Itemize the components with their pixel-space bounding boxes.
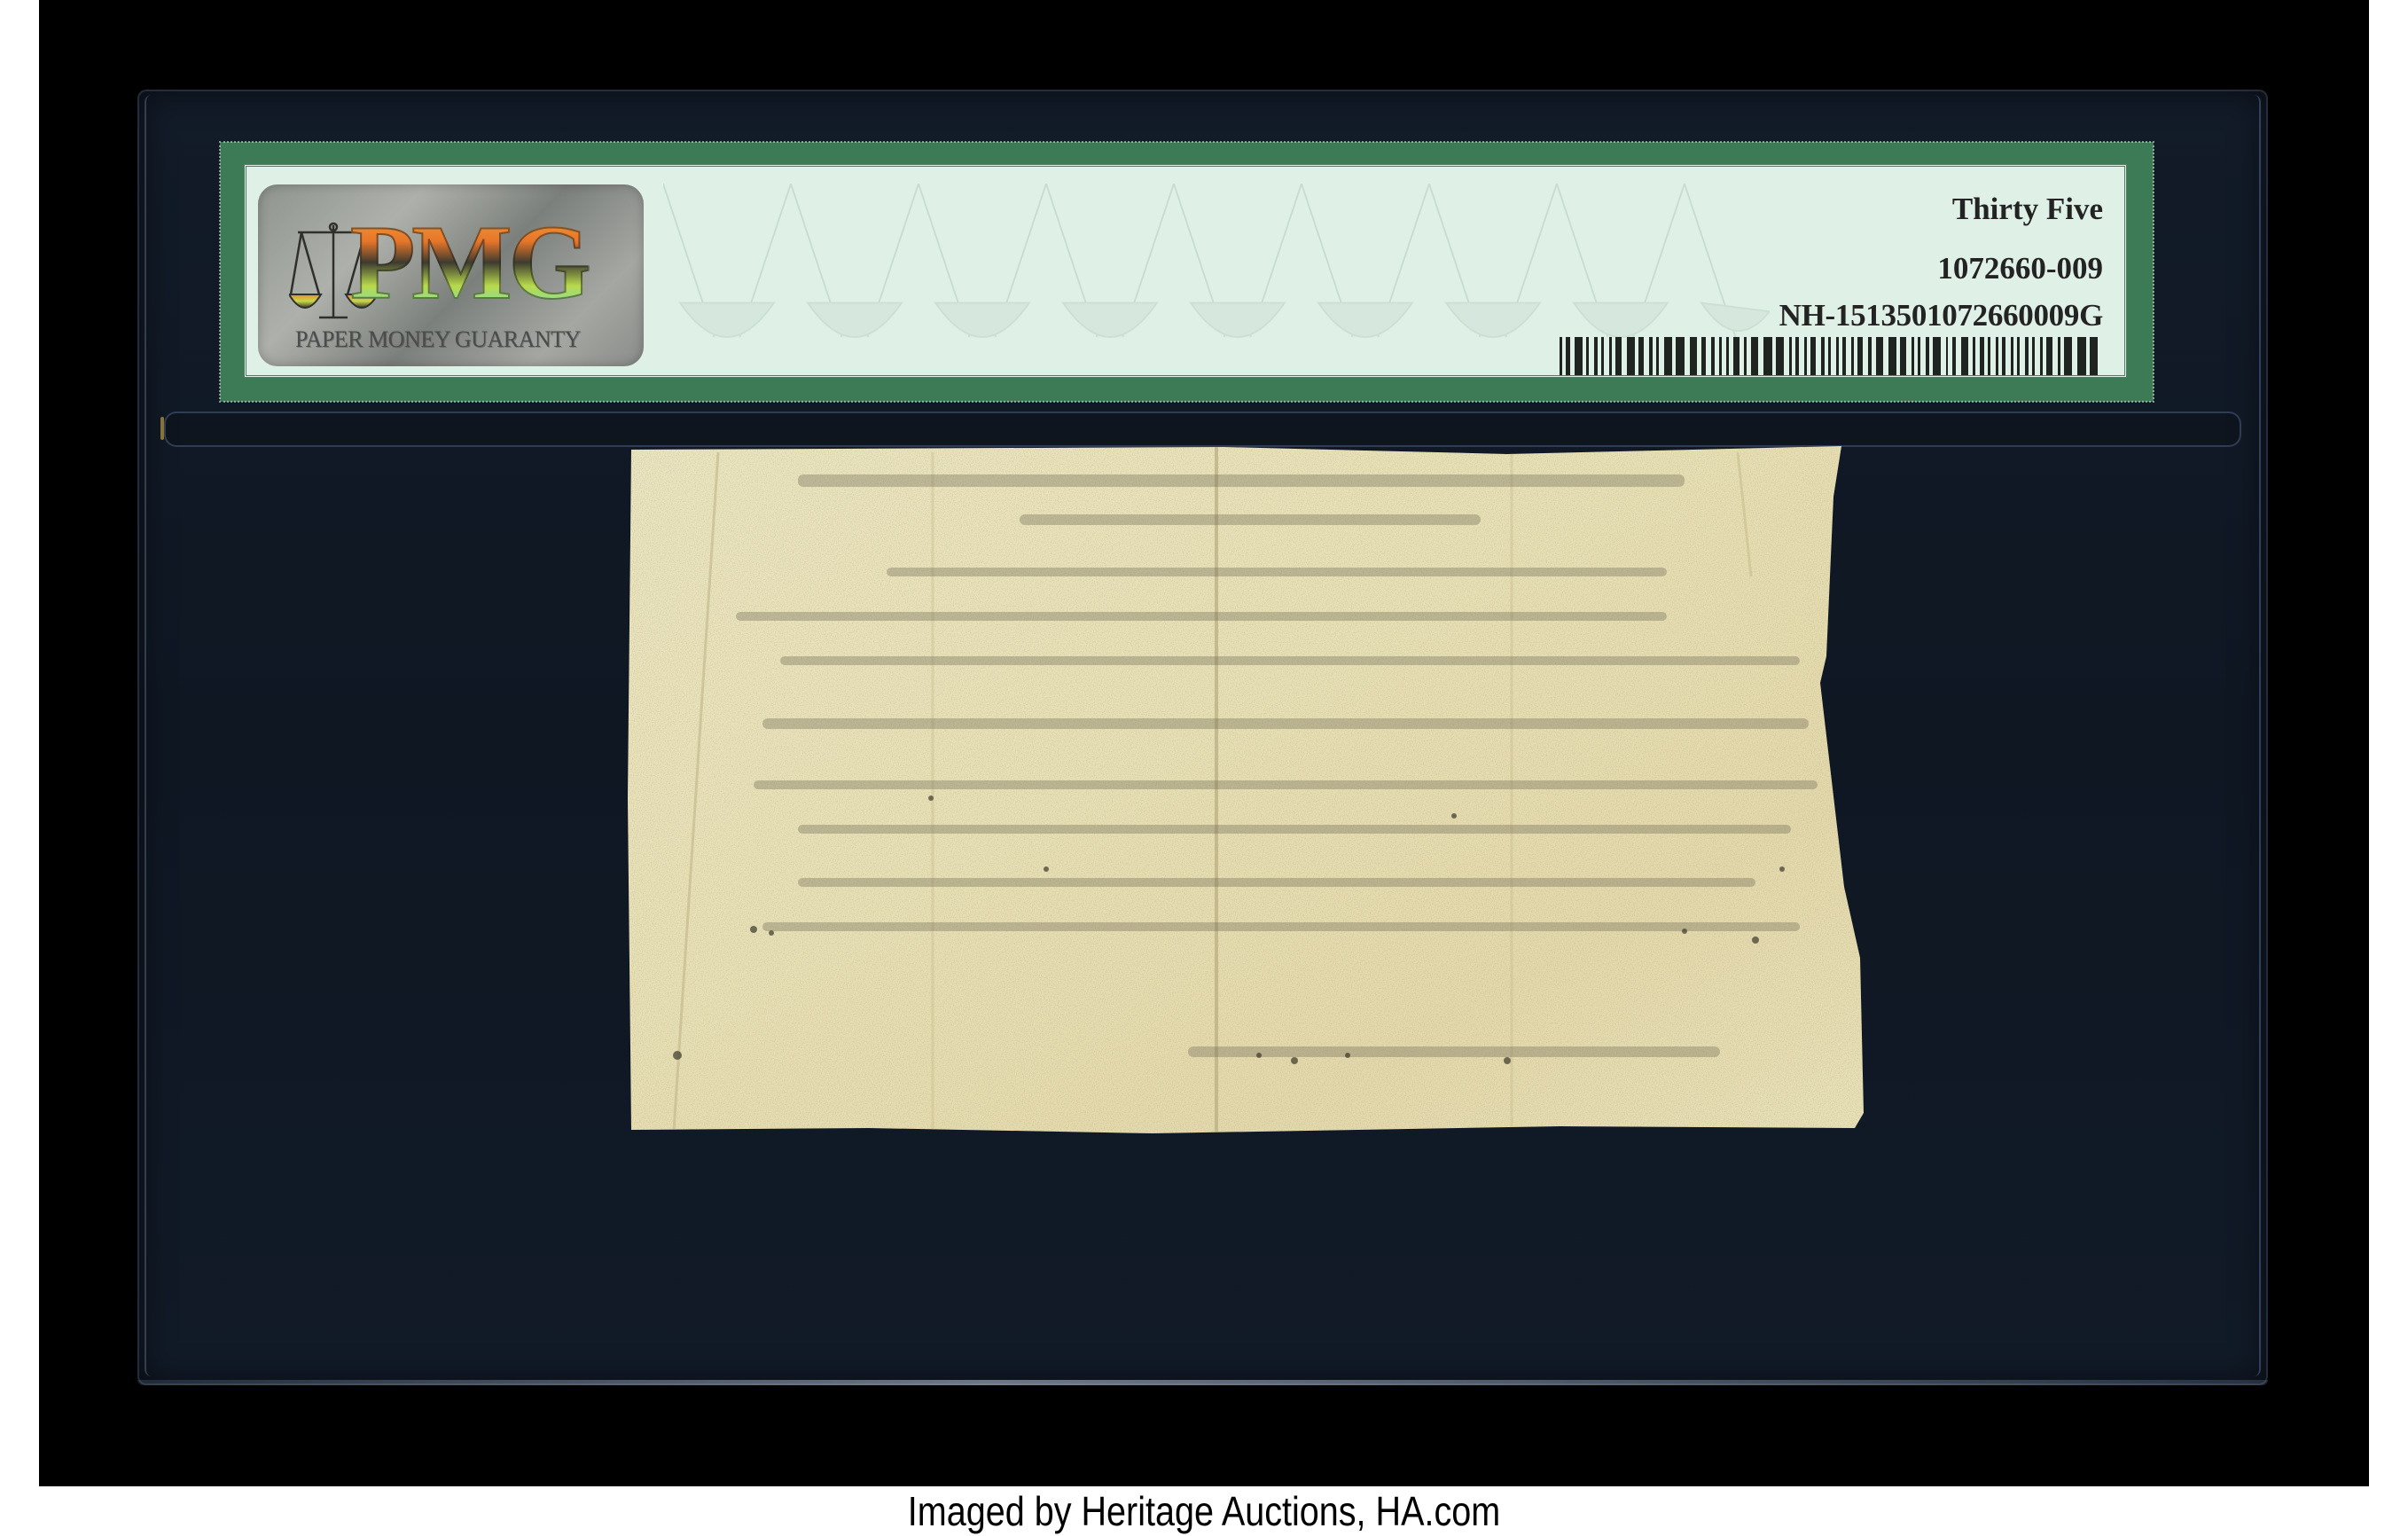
barcode-bar (1586, 337, 1589, 375)
barcode-bar (1609, 337, 1612, 375)
barcode-bar (1719, 337, 1722, 375)
barcode-bar (1952, 337, 1956, 375)
barcode-bar (1656, 337, 1659, 375)
barcode-bar (1795, 337, 1799, 375)
barcode-bar (2017, 337, 2020, 375)
barcode-bar (2058, 337, 2060, 375)
cert-number: 1072660-009 (1937, 251, 2103, 286)
barcode-bar (1776, 337, 1784, 375)
barcode-bar (1566, 337, 1569, 375)
barcode-bar (1900, 337, 1906, 375)
label-panel: PMG PAPER MONEY GUARANTY Thirty Five 107… (244, 164, 2127, 378)
barcode-bar (1615, 337, 1622, 375)
barcode-bar (1961, 337, 1969, 375)
pmg-tagline: PAPER MONEY GUARANTY (295, 326, 581, 353)
barcode-bar (1701, 337, 1707, 375)
barcode-bar (1933, 337, 1941, 375)
barcode-bar (2025, 337, 2029, 375)
barcode-bar (1789, 337, 1792, 375)
barcode-bar (1876, 337, 1884, 375)
barcode-bar (1664, 337, 1672, 375)
catalog-code: NH-1513501072660009G (1779, 298, 2103, 333)
barcode-bar (2011, 337, 2013, 375)
barcode-bar (1751, 337, 1759, 375)
barcode-bar (1711, 337, 1715, 375)
barcode-bar (1842, 337, 1846, 375)
barcode-bar (1594, 337, 1598, 375)
barcode-bar (1601, 337, 1604, 375)
barcode-bar (1804, 337, 1807, 375)
barcode-bar (1649, 337, 1653, 375)
barcode-bar (1763, 337, 1772, 375)
barcode-bar (1676, 337, 1685, 375)
barcode-bar (1627, 337, 1635, 375)
barcode-bar (2077, 337, 2086, 375)
barcode-bar (1857, 337, 1863, 375)
barcode-bar (1733, 337, 1740, 375)
holder-divider-ridge (164, 411, 2241, 447)
barcode-bar (1810, 337, 1816, 375)
image-credit-caption: Imaged by Heritage Auctions, HA.com (168, 1486, 2240, 1536)
barcode-bar (1918, 337, 1920, 375)
barcode-bar (1828, 337, 1831, 375)
barcode-bar (1836, 337, 1839, 375)
barcode-bar (1560, 337, 1562, 375)
pmg-grade-label: PMG PAPER MONEY GUARANTY Thirty Five 107… (220, 142, 2154, 402)
barcode-bar (1946, 337, 1949, 375)
barcode-bar (2090, 337, 2098, 375)
barcode-bar (1996, 337, 1998, 375)
pmg-logo-text: PMG (350, 209, 588, 316)
holder-edge (137, 1380, 2268, 1385)
barcode-bar (1575, 337, 1583, 375)
barcode-bar (1638, 337, 1644, 375)
barcode-bar (2002, 337, 2005, 375)
barcode-bar (2040, 337, 2043, 375)
barcode-icon (1560, 337, 2103, 375)
barcode-bar (1690, 337, 1698, 375)
barcode-bar (1726, 337, 1729, 375)
barcode-bar (1851, 337, 1854, 375)
barcode-bar (1821, 337, 1825, 375)
barcode-bar (2064, 337, 2072, 375)
grade-text: Thirty Five (1952, 192, 2103, 227)
pmg-hologram: PMG PAPER MONEY GUARANTY (258, 184, 644, 366)
barcode-bar (1988, 337, 1990, 375)
barcode-bar (1744, 337, 1747, 375)
barcode-bar (2032, 337, 2035, 375)
barcode-bar (1973, 337, 1975, 375)
barcode-bar (1912, 337, 1914, 375)
barcode-bar (1980, 337, 1983, 375)
barcode-bar (1868, 337, 1872, 375)
barcode-bar (2046, 337, 2052, 375)
barcode-bar (1926, 337, 1929, 375)
barcode-bar (1888, 337, 1896, 375)
